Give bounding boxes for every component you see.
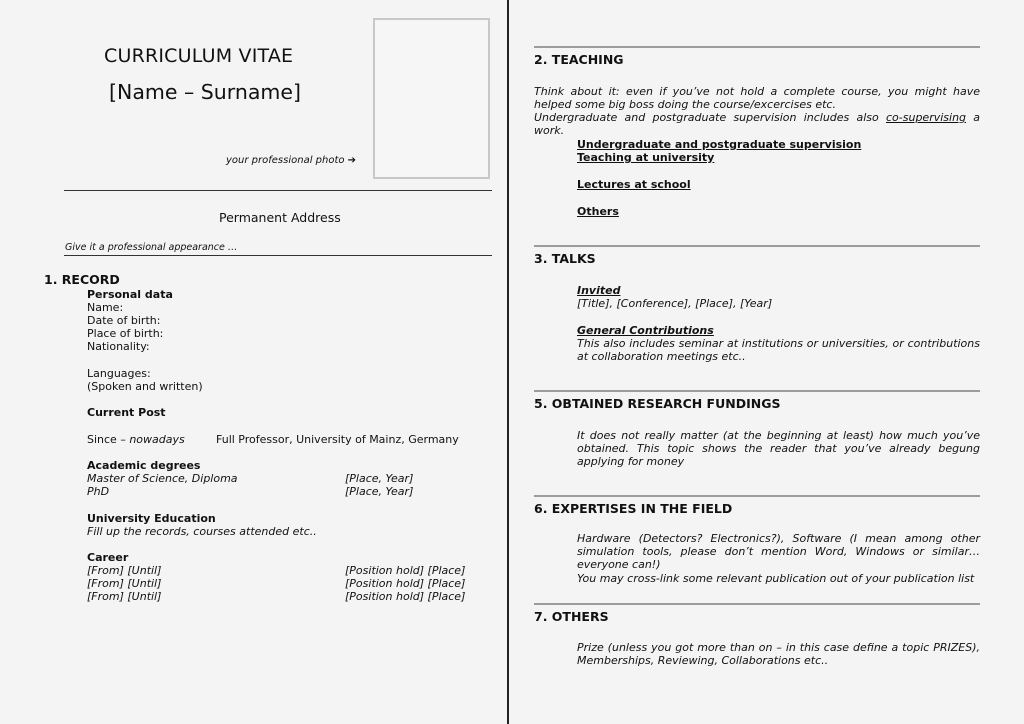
photo-hint: your professional photo ➔ bbox=[226, 155, 356, 166]
teaching-item-supervision[interactable]: Undergraduate and postgraduate supervisi… bbox=[577, 138, 861, 151]
personal-data-heading: Personal data bbox=[87, 288, 173, 301]
university-education-note: Fill up the records, courses attended et… bbox=[87, 525, 317, 538]
since-value: nowadays bbox=[129, 433, 184, 446]
field-date-of-birth: Date of birth: bbox=[87, 314, 160, 327]
current-post-since: Since – nowadays bbox=[87, 433, 185, 446]
teaching-rule bbox=[534, 46, 980, 48]
degree-place: [Place, Year] bbox=[345, 485, 413, 498]
talks-invited-heading: Invited bbox=[577, 284, 620, 297]
field-languages: Languages: bbox=[87, 367, 151, 380]
teaching-item-university[interactable]: Teaching at university bbox=[577, 151, 714, 164]
career-heading: Career bbox=[87, 551, 128, 564]
intro-text: Undergraduate and postgraduate supervisi… bbox=[534, 111, 886, 124]
degree-place: [Place, Year] bbox=[345, 472, 413, 485]
current-post-position: Full Professor, University of Mainz, Ger… bbox=[216, 433, 459, 446]
field-place-of-birth: Place of birth: bbox=[87, 327, 163, 340]
career-period: [From] [Until] bbox=[87, 564, 161, 577]
since-label: Since – bbox=[87, 433, 129, 446]
expertises-text: Hardware (Detectors? Electronics?), Soft… bbox=[577, 532, 980, 572]
degree-item: Master of Science, Diploma bbox=[87, 472, 238, 485]
fundings-rule bbox=[534, 390, 980, 392]
career-position: [Position hold] [Place] bbox=[345, 564, 465, 577]
fundings-text: It does not really matter (at the beginn… bbox=[577, 429, 980, 469]
talks-general-heading: General Contributions bbox=[577, 324, 714, 337]
section-heading-others: 7. OTHERS bbox=[534, 609, 609, 624]
career-position: [Position hold] [Place] bbox=[345, 590, 465, 603]
others-text: Prize (unless you got more than on – in … bbox=[577, 641, 980, 667]
teaching-item-school[interactable]: Lectures at school bbox=[577, 178, 691, 191]
field-name: Name: bbox=[87, 301, 123, 314]
university-education-heading: University Education bbox=[87, 512, 216, 525]
page-divider bbox=[507, 0, 509, 724]
cv-title: CURRICULUM VITAE bbox=[104, 45, 293, 67]
talks-invited-text: [Title], [Conference], [Place], [Year] bbox=[577, 297, 772, 310]
academic-degrees-heading: Academic degrees bbox=[87, 459, 200, 472]
header-rule bbox=[64, 190, 492, 191]
current-post-heading: Current Post bbox=[87, 406, 166, 419]
teaching-intro: Think about it: even if you’ve not hold … bbox=[534, 85, 980, 111]
career-period: [From] [Until] bbox=[87, 590, 161, 603]
career-period: [From] [Until] bbox=[87, 577, 161, 590]
languages-note: (Spoken and written) bbox=[87, 380, 203, 393]
section-heading-fundings: 5. OBTAINED RESEARCH FUNDINGS bbox=[534, 396, 780, 411]
career-position: [Position hold] [Place] bbox=[345, 577, 465, 590]
co-supervising-link[interactable]: co-supervising bbox=[886, 111, 966, 124]
cv-name: [Name – Surname] bbox=[109, 80, 301, 104]
permanent-address: Permanent Address bbox=[219, 210, 341, 225]
section-heading-talks: 3. TALKS bbox=[534, 251, 596, 266]
appearance-hint: Give it a professional appearance … bbox=[65, 242, 237, 253]
field-nationality: Nationality: bbox=[87, 340, 150, 353]
section-heading-record: 1. RECORD bbox=[44, 272, 120, 287]
degree-item: PhD bbox=[87, 485, 109, 498]
talks-general-text: This also includes seminar at institutio… bbox=[577, 337, 980, 363]
expertises-text-2: You may cross-link some relevant publica… bbox=[577, 572, 974, 585]
others-rule bbox=[534, 603, 980, 605]
section-heading-expertises: 6. EXPERTISES IN THE FIELD bbox=[534, 501, 732, 516]
address-rule bbox=[64, 255, 492, 256]
teaching-intro-2: Undergraduate and postgraduate supervisi… bbox=[534, 111, 980, 137]
teaching-item-others[interactable]: Others bbox=[577, 205, 619, 218]
photo-placeholder[interactable] bbox=[373, 18, 490, 179]
talks-rule bbox=[534, 245, 980, 247]
expertises-rule bbox=[534, 495, 980, 497]
section-heading-teaching: 2. TEACHING bbox=[534, 52, 624, 67]
